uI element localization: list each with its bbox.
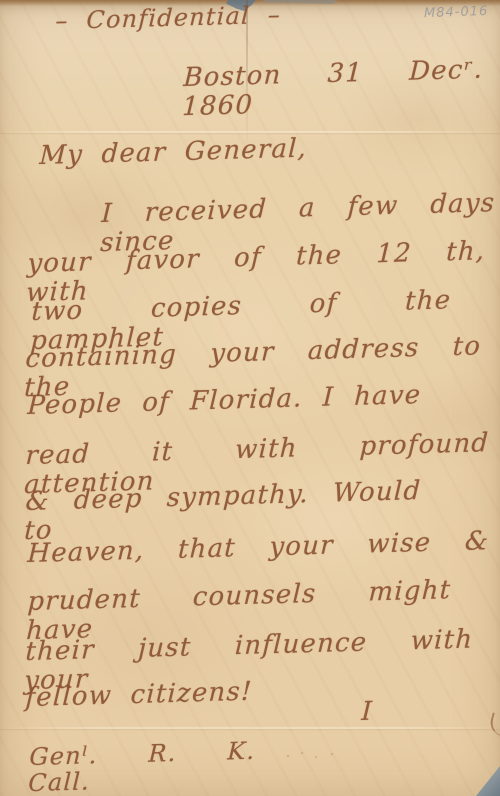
horizontal-fold-crease-upper <box>0 131 500 133</box>
horizontal-fold-crease-lower <box>0 727 500 729</box>
addressee-line: Genˡ. R. K. Call. <box>28 738 256 796</box>
salutation: My dear General, <box>39 135 308 171</box>
catchword: I <box>361 698 374 727</box>
confidential-label: – Confidential – <box>55 2 282 35</box>
catalog-number: M84-016 <box>424 4 489 21</box>
letter-line: fellow citizens! <box>25 678 253 713</box>
letter-page: M84-016 – Confidential – Boston 31 Decʳ.… <box>0 0 500 796</box>
ink-blot-dots <box>282 748 342 762</box>
stray-ink-stroke <box>488 712 500 736</box>
dateline: Boston 31 Decʳ. 1860 <box>182 56 484 122</box>
corner-backing-paper <box>476 766 500 796</box>
